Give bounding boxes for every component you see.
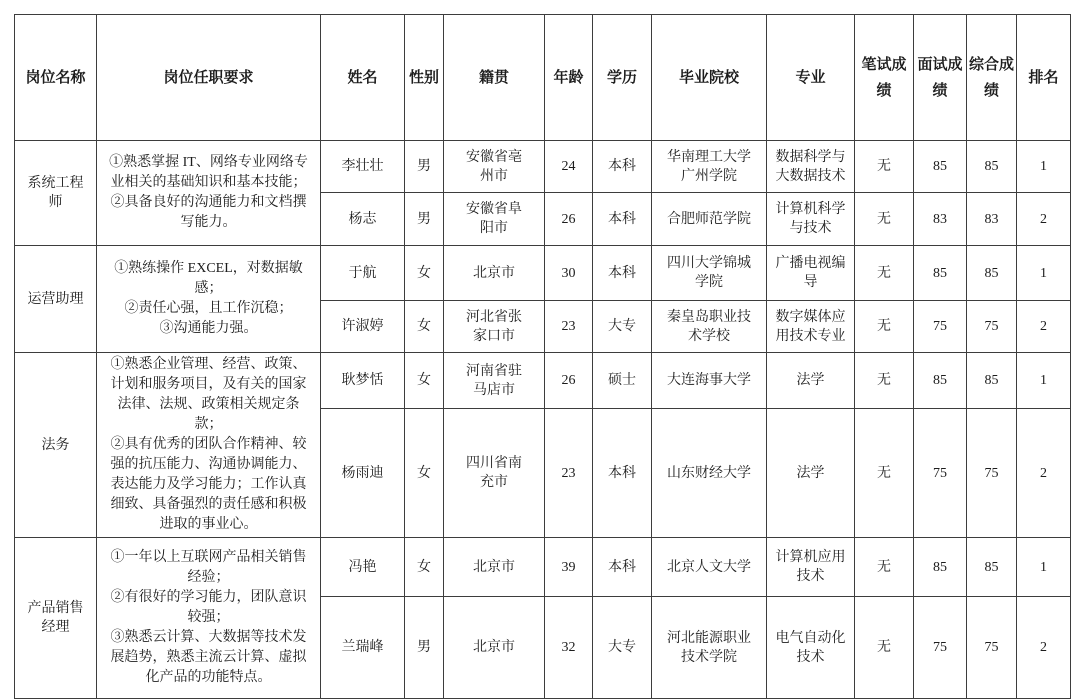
interview-score-cell: 85 (914, 538, 967, 597)
col-header-written-score: 笔试成绩 (855, 15, 914, 141)
native-place-cell: 四川省南充市 (444, 409, 545, 538)
native-place-cell: 安徽省阜阳市 (444, 193, 545, 246)
requirement-item: ②具备良好的沟通能力和文档撰写能力。 (105, 193, 312, 233)
job-requirements-cell: ①一年以上互联网产品相关销售经验； ②有很好的学习能力，团队意识较强； ③熟悉云… (97, 538, 321, 699)
written-score-cell: 无 (855, 353, 914, 409)
school-cell: 秦皇岛职业技术学校 (652, 301, 767, 353)
written-score-cell: 无 (855, 246, 914, 301)
requirement-item: ②有很好的学习能力，团队意识较强； (105, 588, 312, 628)
interview-score-cell: 75 (914, 409, 967, 538)
education-cell: 大专 (593, 597, 652, 699)
major-cell: 法学 (767, 353, 855, 409)
education-cell: 本科 (593, 409, 652, 538)
rank-cell: 2 (1017, 409, 1071, 538)
name-cell: 于航 (321, 246, 405, 301)
major-cell: 数字媒体应用技术专业 (767, 301, 855, 353)
overall-score-cell: 83 (967, 193, 1017, 246)
name-cell: 杨志 (321, 193, 405, 246)
gender-cell: 男 (405, 597, 444, 699)
school-cell: 四川大学锦城学院 (652, 246, 767, 301)
native-place-cell: 北京市 (444, 246, 545, 301)
age-cell: 32 (545, 597, 593, 699)
written-score-cell: 无 (855, 409, 914, 538)
major-cell: 计算机应用技术 (767, 538, 855, 597)
col-header-interview-score: 面试成绩 (914, 15, 967, 141)
table-row: 法务 ①熟悉企业管理、经营、政策、计划和服务项目，及有关的国家法律、法规、政策相… (15, 353, 1071, 409)
interview-score-cell: 75 (914, 597, 967, 699)
education-cell: 本科 (593, 246, 652, 301)
school-cell: 华南理工大学广州学院 (652, 141, 767, 193)
major-cell: 广播电视编导 (767, 246, 855, 301)
age-cell: 30 (545, 246, 593, 301)
interview-score-cell: 83 (914, 193, 967, 246)
interview-score-cell: 85 (914, 141, 967, 193)
requirement-item: ③熟悉云计算、大数据等技术发展趋势，熟悉主流云计算、虚拟化产品的功能特点。 (105, 628, 312, 688)
age-cell: 26 (545, 193, 593, 246)
gender-cell: 女 (405, 538, 444, 597)
written-score-cell: 无 (855, 597, 914, 699)
school-cell: 合肥师范学院 (652, 193, 767, 246)
name-cell: 杨雨迪 (321, 409, 405, 538)
education-cell: 本科 (593, 193, 652, 246)
overall-score-cell: 85 (967, 246, 1017, 301)
age-cell: 23 (545, 409, 593, 538)
native-place-cell: 北京市 (444, 597, 545, 699)
requirement-item: ①熟悉掌握 IT、网络专业网络专业相关的基础知识和基本技能； (105, 153, 312, 193)
position-name-cell: 系统工程师 (15, 141, 97, 246)
written-score-cell: 无 (855, 193, 914, 246)
col-header-age: 年龄 (545, 15, 593, 141)
native-place-cell: 河北省张家口市 (444, 301, 545, 353)
position-name-cell: 运营助理 (15, 246, 97, 353)
written-score-cell: 无 (855, 141, 914, 193)
interview-score-cell: 85 (914, 353, 967, 409)
table-row: 系统工程师 ①熟悉掌握 IT、网络专业网络专业相关的基础知识和基本技能； ②具备… (15, 141, 1071, 193)
col-header-major: 专业 (767, 15, 855, 141)
col-header-name: 姓名 (321, 15, 405, 141)
gender-cell: 女 (405, 301, 444, 353)
school-cell: 北京人文大学 (652, 538, 767, 597)
major-cell: 数据科学与大数据技术 (767, 141, 855, 193)
requirement-item: ②具有优秀的团队合作精神、较强的抗压能力、沟通协调能力、表达能力及学习能力；工作… (105, 435, 312, 535)
school-cell: 河北能源职业技术学院 (652, 597, 767, 699)
rank-cell: 2 (1017, 597, 1071, 699)
rank-cell: 2 (1017, 193, 1071, 246)
rank-cell: 2 (1017, 301, 1071, 353)
requirement-item: ①熟悉企业管理、经营、政策、计划和服务项目，及有关的国家法律、法规、政策相关规定… (105, 355, 312, 435)
col-header-overall-score: 综合成绩 (967, 15, 1017, 141)
overall-score-cell: 75 (967, 597, 1017, 699)
native-place-cell: 河南省驻马店市 (444, 353, 545, 409)
job-requirements-cell: ①熟练操作 EXCEL，对数据敏感； ②责任心强，且工作沉稳； ③沟通能力强。 (97, 246, 321, 353)
written-score-cell: 无 (855, 538, 914, 597)
name-cell: 兰瑞峰 (321, 597, 405, 699)
col-header-gender: 性别 (405, 15, 444, 141)
position-name-cell: 法务 (15, 353, 97, 538)
major-cell: 法学 (767, 409, 855, 538)
overall-score-cell: 75 (967, 301, 1017, 353)
col-header-school: 毕业院校 (652, 15, 767, 141)
job-requirements-cell: ①熟悉企业管理、经营、政策、计划和服务项目，及有关的国家法律、法规、政策相关规定… (97, 353, 321, 538)
age-cell: 24 (545, 141, 593, 193)
requirement-item: ①一年以上互联网产品相关销售经验； (105, 548, 312, 588)
written-score-cell: 无 (855, 301, 914, 353)
col-header-education: 学历 (593, 15, 652, 141)
interview-score-cell: 75 (914, 301, 967, 353)
gender-cell: 女 (405, 409, 444, 538)
gender-cell: 女 (405, 246, 444, 301)
native-place-cell: 安徽省亳州市 (444, 141, 545, 193)
education-cell: 大专 (593, 301, 652, 353)
overall-score-cell: 75 (967, 409, 1017, 538)
gender-cell: 男 (405, 141, 444, 193)
education-cell: 硕士 (593, 353, 652, 409)
col-header-requirements: 岗位任职要求 (97, 15, 321, 141)
col-header-rank: 排名 (1017, 15, 1071, 141)
interview-score-cell: 85 (914, 246, 967, 301)
age-cell: 26 (545, 353, 593, 409)
rank-cell: 1 (1017, 353, 1071, 409)
rank-cell: 1 (1017, 246, 1071, 301)
col-header-native-place: 籍贯 (444, 15, 545, 141)
col-header-position: 岗位名称 (15, 15, 97, 141)
education-cell: 本科 (593, 141, 652, 193)
school-cell: 大连海事大学 (652, 353, 767, 409)
requirement-item: ③沟通能力强。 (105, 319, 312, 339)
overall-score-cell: 85 (967, 353, 1017, 409)
position-name-cell: 产品销售经理 (15, 538, 97, 699)
job-requirements-cell: ①熟悉掌握 IT、网络专业网络专业相关的基础知识和基本技能； ②具备良好的沟通能… (97, 141, 321, 246)
candidates-table: 岗位名称 岗位任职要求 姓名 性别 籍贯 年龄 学历 毕业院校 专业 笔试成绩 … (14, 14, 1071, 699)
rank-cell: 1 (1017, 141, 1071, 193)
document-sheet: 岗位名称 岗位任职要求 姓名 性别 籍贯 年龄 学历 毕业院校 专业 笔试成绩 … (14, 14, 1071, 699)
overall-score-cell: 85 (967, 141, 1017, 193)
major-cell: 计算机科学与技术 (767, 193, 855, 246)
gender-cell: 女 (405, 353, 444, 409)
name-cell: 耿梦恬 (321, 353, 405, 409)
table-row: 产品销售经理 ①一年以上互联网产品相关销售经验； ②有很好的学习能力，团队意识较… (15, 538, 1071, 597)
requirement-item: ①熟练操作 EXCEL，对数据敏感； (105, 259, 312, 299)
age-cell: 23 (545, 301, 593, 353)
school-cell: 山东财经大学 (652, 409, 767, 538)
native-place-cell: 北京市 (444, 538, 545, 597)
table-row: 运营助理 ①熟练操作 EXCEL，对数据敏感； ②责任心强，且工作沉稳； ③沟通… (15, 246, 1071, 301)
name-cell: 李壮壮 (321, 141, 405, 193)
major-cell: 电气自动化技术 (767, 597, 855, 699)
rank-cell: 1 (1017, 538, 1071, 597)
education-cell: 本科 (593, 538, 652, 597)
age-cell: 39 (545, 538, 593, 597)
header-row: 岗位名称 岗位任职要求 姓名 性别 籍贯 年龄 学历 毕业院校 专业 笔试成绩 … (15, 15, 1071, 141)
name-cell: 许淑婷 (321, 301, 405, 353)
overall-score-cell: 85 (967, 538, 1017, 597)
requirement-item: ②责任心强，且工作沉稳； (105, 299, 312, 319)
gender-cell: 男 (405, 193, 444, 246)
name-cell: 冯艳 (321, 538, 405, 597)
